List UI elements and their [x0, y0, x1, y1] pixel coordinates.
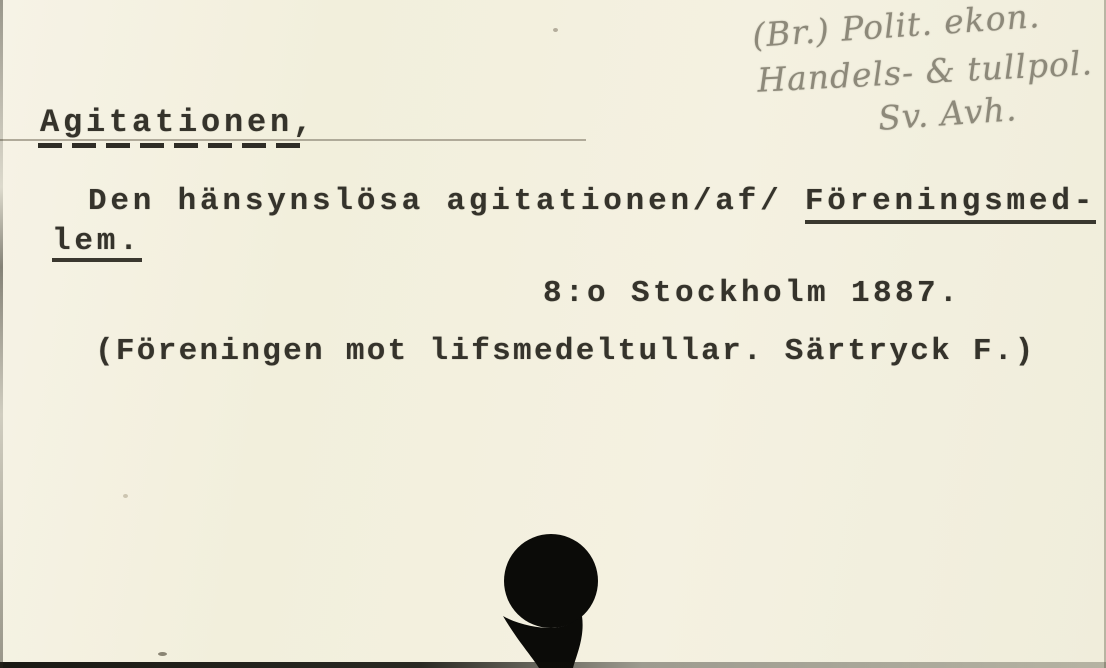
- paper-speck: [123, 494, 128, 498]
- card-left-edge-shadow: [0, 0, 3, 668]
- handwritten-classification-line3: Sv. Avh.: [877, 89, 1019, 138]
- title-continuation: lem.: [52, 226, 142, 262]
- imprint-line: 8:o Stockholm 1887.: [543, 278, 961, 309]
- paper-speck: [553, 28, 558, 32]
- title-underlined-text: Föreningsmed-: [805, 184, 1096, 224]
- card-heading: Agitationen,: [40, 107, 316, 139]
- heading-dashed-underline: [38, 143, 310, 148]
- handwritten-classification-line1: (Br.) Polit. ekon.: [751, 0, 1041, 55]
- series-note-line: (Föreningen mot lifsmedeltullar. Särtryc…: [95, 336, 1036, 367]
- title-line: Den hänsynslösa agitationen/af/ Förening…: [88, 186, 1096, 217]
- card-bottom-edge-shadow: [0, 662, 1106, 668]
- paper-speck: [158, 652, 167, 656]
- scanned-catalog-card-page: (Br.) Polit. ekon. Handels- & tullpol. S…: [0, 0, 1106, 668]
- catalog-card: (Br.) Polit. ekon. Handels- & tullpol. S…: [0, 0, 1106, 668]
- handwritten-classification-line2: Handels- & tullpol.: [756, 43, 1094, 100]
- title-text: Den hänsynslösa agitationen/af/: [88, 184, 805, 219]
- punch-hole-keyhole-icon: [455, 510, 655, 668]
